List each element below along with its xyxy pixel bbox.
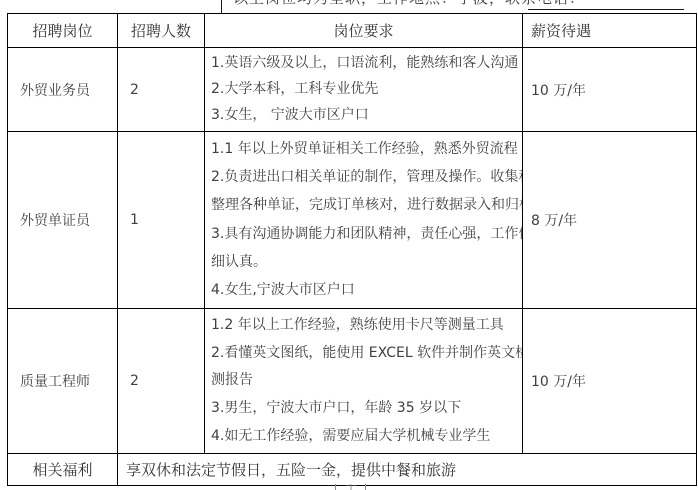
requirement-line: 1.2 年以上工作经验，熟练使用卡尺等测量工具	[211, 317, 516, 334]
requirements-cell: 1.1 年以上外贸单证相关工作经验，熟悉外贸流程 2.负责进出口相关单证的制作，…	[205, 132, 523, 309]
salary-cell: 10 万/年	[523, 309, 696, 454]
requirement-line: 2.看懂英文图纸，能使用 EXCEL 软件并制作英文检	[211, 345, 516, 362]
recruitment-table: 招聘岗位 招聘人数 岗位要求 薪资待遇 外贸业务员 2 1.英语六级及以上，口语…	[7, 13, 697, 486]
clipped-bottom-glyph: 十	[345, 484, 357, 490]
requirement-line: 2.负责进出口相关单证的制作，管理及操作。收集和	[211, 169, 516, 186]
benefits-label-cell: 相关福利	[8, 454, 118, 485]
requirement-line: 测报告	[211, 372, 516, 389]
header-salary: 薪资待遇	[523, 14, 696, 48]
clipped-bottom-fragment: 十	[335, 484, 366, 490]
requirement-line: 3.女生， 宁波大市区户口	[211, 107, 516, 124]
position-cell: 质量工程师	[8, 309, 118, 454]
position-cell: 外贸业务员	[8, 48, 118, 132]
salary-cell: 8 万/年	[523, 132, 696, 309]
requirement-line: 4.如无工作经验，需要应届大学机械专业学生	[211, 428, 516, 445]
requirement-line: 2.大学本科，工科专业优先	[211, 81, 516, 98]
requirement-line: 1.英语六级及以上，口语流利，能熟练和客人沟通	[211, 55, 516, 72]
clipped-cell-border	[221, 0, 222, 13]
requirement-line: 细认真。	[211, 254, 516, 271]
blank-underline	[528, 9, 684, 10]
salary-cell: 10 万/年	[523, 48, 696, 132]
requirement-line: 1.1 年以上外贸单证相关工作经验，熟悉外贸流程	[211, 141, 516, 158]
headcount-cell: 2	[118, 48, 205, 132]
clipped-text: 以上岗位均为全职，工作地点：宁波，联系电话：	[233, 0, 533, 8]
header-headcount: 招聘人数	[118, 14, 205, 48]
position-cell: 外贸单证员	[8, 132, 118, 309]
requirements-cell: 1.英语六级及以上，口语流利，能熟练和客人沟通 2.大学本科，工科专业优先 3.…	[205, 48, 523, 132]
requirement-line: 4.女生,宁波大市区户口	[211, 282, 516, 299]
headcount-cell: 1	[118, 132, 205, 309]
requirement-line: 整理各种单证，完成订单核对，进行数据录入和归档。	[211, 197, 516, 214]
requirement-line: 3.具有沟通协调能力和团队精神，责任心强，工作仔	[211, 226, 516, 243]
benefits-text-cell: 享双休和法定节假日，五险一金，提供中餐和旅游	[118, 454, 696, 485]
document-page: 以上岗位均为全职，工作地点：宁波，联系电话： 招聘岗位 招聘人数 岗位要求 薪资…	[0, 0, 698, 490]
headcount-cell: 2	[118, 309, 205, 454]
header-position: 招聘岗位	[8, 14, 118, 48]
requirements-cell: 1.2 年以上工作经验，熟练使用卡尺等测量工具 2.看懂英文图纸，能使用 EXC…	[205, 309, 523, 454]
clipped-top-line: 以上岗位均为全职，工作地点：宁波，联系电话：	[0, 0, 698, 13]
requirement-line: 3.男生，宁波大市户口，年龄 35 岁以下	[211, 400, 516, 417]
header-requirements: 岗位要求	[205, 14, 523, 48]
